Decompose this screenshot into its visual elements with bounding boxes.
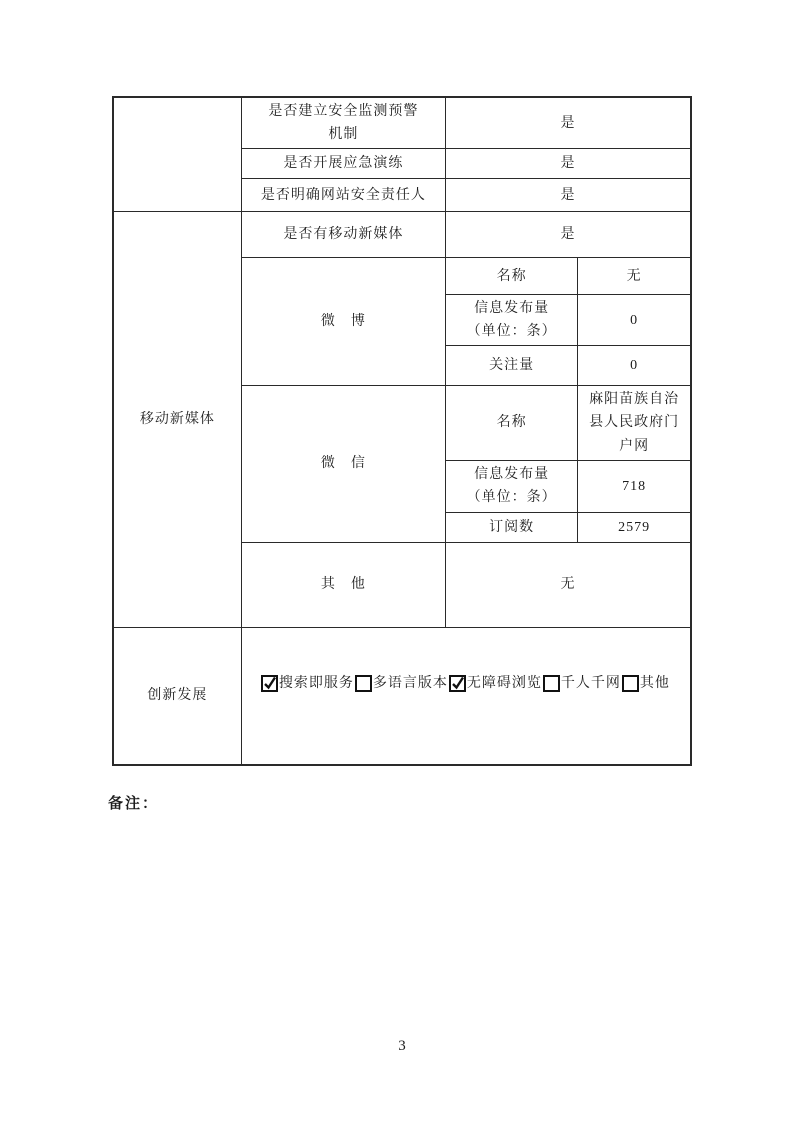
- security-question-2: 是否开展应急演练: [241, 149, 445, 179]
- security-question-1: 是否建立安全监测预警 机制: [241, 97, 445, 149]
- mobile-media-question: 是否有移动新媒体: [241, 212, 445, 258]
- wechat-subscribers-label: 订阅数: [446, 512, 578, 542]
- wechat-subscribers-value: 2579: [578, 512, 691, 542]
- innovation-option-label: 搜索即服务: [278, 677, 355, 691]
- weibo-name-value: 无: [578, 258, 691, 295]
- checkbox-icon: [261, 675, 278, 692]
- weibo-followers-label: 关注量: [446, 346, 578, 386]
- innovation-option-accessibility: 无障碍浏览: [449, 675, 543, 692]
- weibo-posts-value: 0: [578, 295, 691, 346]
- checkbox-icon: [449, 675, 466, 692]
- report-table: 是否建立安全监测预警 机制 是 是否开展应急演练 是 是否明确网站安全责任人 是…: [112, 96, 692, 766]
- innovation-option-label: 无障碍浏览: [466, 677, 543, 691]
- security-answer-2: 是: [446, 149, 691, 179]
- section-cell-mobile-media: 移动新媒体: [113, 212, 241, 627]
- other-media-value: 无: [446, 542, 691, 627]
- innovation-options-cell: 搜索即服务 多语言版本 无障碍浏览: [241, 627, 691, 765]
- wechat-label-cell: 微 信: [241, 386, 445, 542]
- wechat-name-label: 名称: [446, 386, 578, 460]
- section-cell-innovation: 创新发展: [113, 627, 241, 765]
- security-answer-1: 是: [446, 97, 691, 149]
- weibo-posts-label: 信息发布量 （单位：条）: [446, 295, 578, 346]
- document-page: 是否建立安全监测预警 机制 是 是否开展应急演练 是 是否明确网站安全责任人 是…: [0, 0, 793, 1122]
- mobile-media-answer: 是: [446, 212, 691, 258]
- check-icon: [451, 677, 464, 690]
- innovation-option-multilang: 多语言版本: [355, 675, 449, 692]
- security-question-3: 是否明确网站安全责任人: [241, 179, 445, 212]
- innovation-option-other: 其他: [622, 675, 671, 692]
- weibo-name-label: 名称: [446, 258, 578, 295]
- wechat-name-value: 麻阳苗族自治 县人民政府门 户网: [578, 386, 691, 460]
- innovation-checkline: 搜索即服务 多语言版本 无障碍浏览: [248, 675, 684, 692]
- innovation-option-personalized: 千人千网: [543, 675, 622, 692]
- section-cell-empty: [113, 97, 241, 212]
- innovation-option-search: 搜索即服务: [261, 675, 355, 692]
- innovation-option-label: 千人千网: [560, 677, 622, 691]
- checkbox-icon: [355, 675, 372, 692]
- checkbox-icon: [622, 675, 639, 692]
- notes-label: 备注：: [108, 792, 159, 813]
- security-answer-3: 是: [446, 179, 691, 212]
- other-media-label: 其 他: [241, 542, 445, 627]
- innovation-option-label: 多语言版本: [372, 677, 449, 691]
- wechat-posts-label: 信息发布量 （单位：条）: [446, 460, 578, 512]
- page-number: 3: [112, 1038, 692, 1055]
- checkbox-icon: [543, 675, 560, 692]
- weibo-followers-value: 0: [578, 346, 691, 386]
- weibo-label-cell: 微 博: [241, 258, 445, 386]
- innovation-option-label: 其他: [639, 677, 671, 691]
- wechat-posts-value: 718: [578, 460, 691, 512]
- check-icon: [263, 677, 276, 690]
